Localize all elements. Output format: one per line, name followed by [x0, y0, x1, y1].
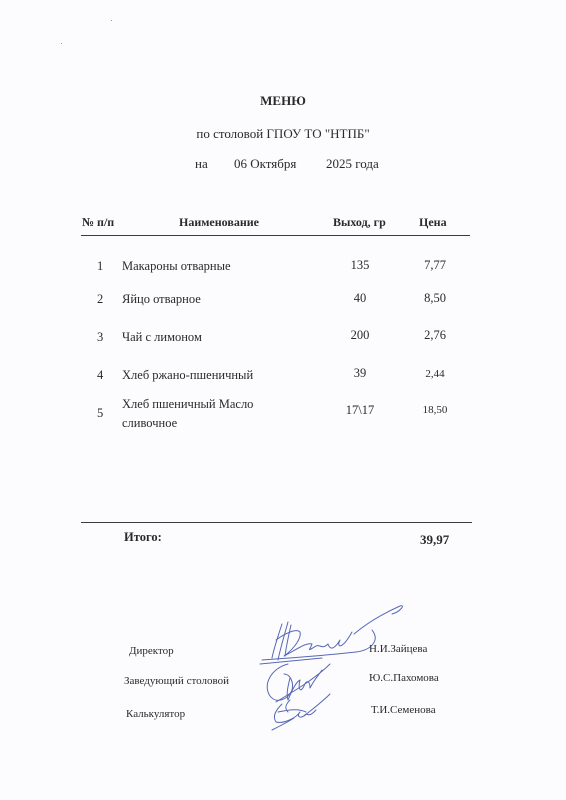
- canteen-manager-signature-icon: [267, 664, 330, 702]
- header-yield: Выход, гр: [333, 215, 386, 230]
- row-name: Яйцо отварное: [122, 291, 322, 308]
- row-name: Хлеб ржано-пшеничный: [122, 367, 322, 384]
- row-number: 1: [97, 258, 103, 275]
- director-signature-icon: [260, 606, 402, 664]
- header-number: № п/п: [82, 215, 114, 230]
- date-day-month: 06 Октября: [234, 156, 296, 172]
- row-price: 7,77: [410, 257, 460, 274]
- row-yield: 200: [340, 327, 380, 344]
- row-yield: 39: [340, 365, 380, 382]
- row-name: Чай с лимоном: [122, 329, 322, 346]
- total-value: 39,97: [420, 532, 449, 548]
- header-name: Наименование: [179, 215, 259, 230]
- row-yield: 17\17: [340, 402, 380, 419]
- row-yield: 135: [340, 257, 380, 274]
- row-number: 5: [97, 405, 103, 422]
- document-subtitle: по столовой ГПОУ ТО "НТПБ": [0, 126, 566, 142]
- total-rule: [81, 522, 472, 523]
- header-price: Цена: [419, 215, 447, 230]
- row-price: 2,44: [410, 366, 460, 383]
- date-prefix: на: [195, 156, 208, 172]
- signature-role-canteen-manager: Заведующий столовой: [124, 675, 229, 687]
- signature-name-canteen-manager: Ю.С.Пахомова: [369, 672, 439, 684]
- row-number: 4: [97, 367, 103, 384]
- total-label: Итого:: [124, 530, 162, 545]
- scan-speck: [111, 20, 112, 21]
- row-price: 8,50: [410, 290, 460, 307]
- row-name: Хлеб пшеничный Масло сливочное: [122, 395, 292, 433]
- row-yield: 40: [340, 290, 380, 307]
- row-price: 2,76: [410, 327, 460, 344]
- calculator-signature-icon: [272, 694, 330, 730]
- header-rule: [81, 235, 470, 236]
- row-name: Макароны отварные: [122, 258, 322, 275]
- signature-name-director: Н.И.Зайцева: [369, 643, 427, 655]
- row-price: 18,50: [410, 402, 460, 419]
- row-number: 2: [97, 291, 103, 308]
- signature-name-calculator: Т.И.Семенова: [371, 704, 436, 716]
- scan-speck: [61, 43, 62, 44]
- signature-role-director: Директор: [129, 645, 174, 657]
- row-number: 3: [97, 329, 103, 346]
- signature-role-calculator: Калькулятор: [126, 708, 185, 720]
- menu-document: МЕНЮ по столовой ГПОУ ТО "НТПБ" на 06 Ок…: [0, 0, 566, 800]
- date-year: 2025 года: [326, 156, 379, 172]
- document-title: МЕНЮ: [0, 93, 566, 109]
